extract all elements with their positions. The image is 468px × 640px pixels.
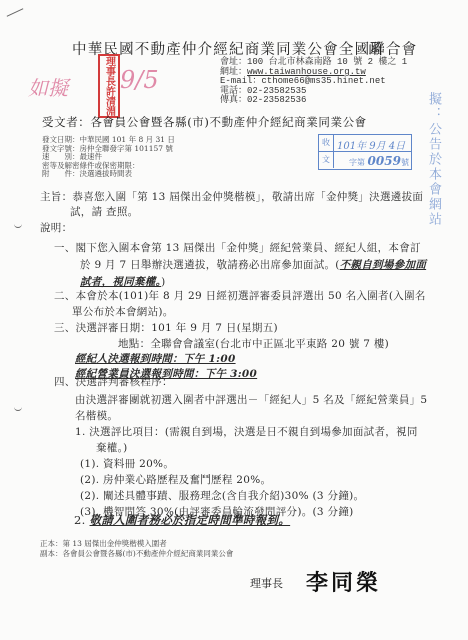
fax: 傳真：02-23582536 [220, 96, 407, 106]
receipt-label-bottom: 文 [319, 152, 334, 168]
subject-line-1: 主旨：恭喜您入圍「第 13 屆傑出金仲獎楷模」，敬請出席「金仲獎」決選遴拔面 [40, 189, 423, 204]
agent-checkin-time: 經紀人決選報到時間：下午 1:00 [75, 351, 236, 366]
receipt-stamp: 收 101年 9月 4日 文 字第 0059號 [318, 134, 412, 170]
contact-block: 會址：100 台北市林森南路 10 號 2 樓之 1 網址：www.taiwan… [220, 58, 407, 106]
document-type: 函 [368, 38, 383, 59]
subject-line-2: 試，請 查照。 [70, 204, 138, 219]
vertical-annotation: 擬：公告於本會網站 [424, 92, 443, 227]
item-3-location: 地點：全聯會會議室(台北市中正區北平東路 20 號 7 樓) [118, 336, 389, 351]
item-4-para-1: 由決選評審團就初選入圍者中評選出－「經紀人」5 名及「經紀營業員」5 [75, 392, 427, 407]
item-1-line-1: 一、閣下您入圍本會第 13 屆傑出「金仲獎」經紀營業員、經紀人組，本會訂 [54, 240, 421, 255]
pen-stroke-mark [7, 8, 24, 17]
handwritten-date: 9/5 [120, 66, 159, 94]
item-2-line-1: 二、本會於本(101)年 8 月 29 日經初選評審委員評選出 50 名入圍者(… [54, 288, 426, 303]
criterion-3: (2). 闡述具體事蹟、服務理念(含自我介紹)30% (3 分鐘)。 [80, 488, 364, 503]
item-4-reminder: 2. 敬請入圍者務必於指定時間準時報到。 [74, 512, 290, 528]
chairman-title: 理事長 [250, 575, 283, 591]
criterion-2: (2). 房仲業心路歷程及奮鬥歷程 20%。 [80, 472, 271, 487]
receipt-number-prefix: 字第 [349, 158, 365, 167]
item-1-close: ) [161, 276, 165, 288]
receipt-date-row: 收 101年 9月 4日 [319, 135, 411, 152]
chairman-signature: 李同榮 [306, 566, 381, 597]
criteria-heading-line-1: 1. 決選評比項目：(需親自到場，決選是日不親自到場參加面試者，視同 [75, 424, 418, 439]
copy-recipients: 副本：各會員公會暨各縣(市)不動產仲介經紀商業同業公會 [40, 548, 233, 559]
recipient: 受文者：各會員公會暨各縣(市)不動產仲介經紀商業同業公會 [42, 114, 367, 130]
reminder-number: 2. [74, 513, 90, 527]
item-1-line-2: 於 9 月 7 日舉辦決選遴拔，敬請務必出席參加面試。(不親自到場參加面 [80, 257, 426, 272]
attachment: 附 件：決選遴拔時間表 [42, 170, 175, 179]
criteria-heading-line-2: 棄權。) [96, 440, 128, 455]
receipt-number-group: 字第 0059號 [349, 154, 409, 168]
website-label: 網址： [220, 67, 247, 77]
item-1-emphasis-cont: 試者，視同棄權。 [80, 276, 161, 288]
item-4-heading: 四、決選評判審核程序： [54, 374, 173, 389]
item-2-line-2: 單公布於本會網站)。 [72, 304, 174, 319]
receipt-number: 0059 [368, 154, 401, 168]
punch-hole-mark [14, 222, 22, 228]
handwritten-note: 如擬 [28, 72, 68, 101]
receipt-label-top: 收 [319, 135, 334, 151]
red-seal-stamp: 理事長許清淵 [98, 54, 120, 118]
receipt-number-suffix: 號 [401, 158, 409, 167]
explanation-label: 說明： [40, 220, 72, 235]
item-3-date: 三、決選評審日期：101 年 9 月 7 日(星期五) [54, 320, 278, 335]
reminder-text: 敬請入圍者務必於指定時間準時報到。 [90, 513, 291, 527]
item-1-emphasis: 不親自到場參加面 [340, 259, 426, 271]
punch-hole-mark-2 [14, 405, 22, 411]
receipt-number-row: 文 字第 0059號 [319, 152, 411, 168]
criterion-1: (1). 資料冊 20%。 [80, 456, 174, 471]
item-1-text: 於 9 月 7 日舉辦決選遴拔，敬請務必出席參加面試。( [80, 259, 340, 271]
item-1-line-3: 試者，視同棄權。) [80, 274, 166, 289]
item-4-para-2: 名楷模。 [75, 408, 118, 423]
organization-title: 中華民國不動產仲介經紀商業同業公會全國聯合會 [72, 38, 417, 59]
receipt-date: 101年 9月 4日 [337, 137, 405, 152]
document-meta: 發文日期：中華民國 101 年 8 月 31 日 發文字號：房仲全聯發字第 10… [42, 136, 175, 179]
website-link[interactable]: www.taiwanhouse.org.tw [247, 67, 366, 77]
